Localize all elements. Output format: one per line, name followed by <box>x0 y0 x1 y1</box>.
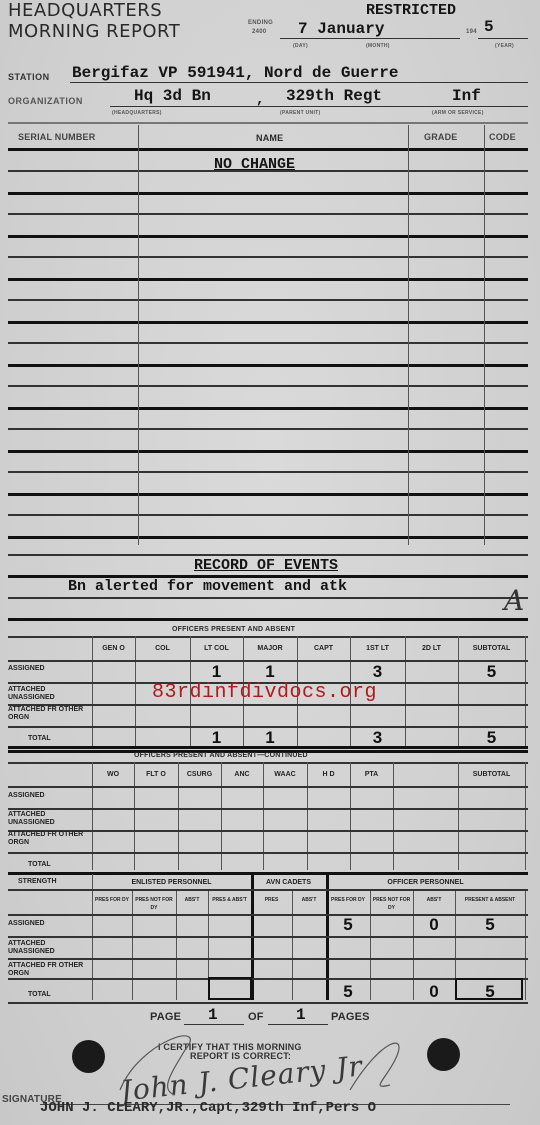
strength-row-line <box>8 958 528 960</box>
officers-col-header: MAJOR <box>243 645 297 653</box>
officers-cell-value: 1 <box>190 728 243 748</box>
officers-cell-value: 3 <box>350 728 405 748</box>
headquarters-caption: (HEADQUARTERS) <box>112 110 162 116</box>
row-label-1: ATTACHED UNASSIGNED <box>8 940 90 956</box>
report-date: 7 January <box>298 20 384 38</box>
record-of-events-title: RECORD OF EVENTS <box>194 557 338 574</box>
officers-cont-row-line <box>8 852 528 854</box>
station-value: Bergifaz VP 591941, Nord de Guerre <box>72 64 398 82</box>
officers-col-header: CAPT <box>297 645 350 653</box>
officers-col-header: COL <box>135 645 190 653</box>
officers-col-divider <box>525 636 526 748</box>
strength-group-header: ENLISTED PERSONNEL <box>92 879 251 887</box>
strength-row-line <box>8 936 528 938</box>
row-label-0: ASSIGNED <box>8 920 90 928</box>
strength-row-line <box>8 978 528 980</box>
row-label-0: ASSIGNED <box>8 665 90 673</box>
strength-col-header: PRES FOR DY <box>326 896 370 904</box>
roster-row-line <box>8 407 528 410</box>
roster-row-line <box>8 170 528 172</box>
officers-cont-col-header: WAAC <box>263 771 307 779</box>
year-caption: (YEAR) <box>495 43 514 49</box>
roster-row-line <box>8 192 528 195</box>
row-label-1: ATTACHED UNASSIGNED <box>8 811 90 827</box>
enlisted-total-box <box>208 977 252 1000</box>
officers-table-title: OFFICERS PRESENT AND ABSENT <box>172 626 295 633</box>
classification-stamp: RESTRICTED <box>366 2 456 19</box>
officers-cell-value: 3 <box>350 662 405 682</box>
strength-cell-value: 5 <box>326 915 370 935</box>
roster-row-line <box>8 213 528 215</box>
ending-time-label: 2400 <box>252 29 267 35</box>
officers-cont-col-header: WO <box>92 771 134 779</box>
strength-col-divider <box>176 890 177 1000</box>
officers-cell-value: 1 <box>243 662 297 682</box>
form-title-line1: HEADQUARTERS <box>8 1 162 21</box>
org-headquarters: Hq 3d Bn <box>134 87 211 105</box>
officers-cont-col-header: PTA <box>350 771 393 779</box>
row-label-3: TOTAL <box>28 861 110 869</box>
strength-col-header: PRES FOR DY <box>92 896 132 904</box>
ending-label: ENDING <box>248 20 273 26</box>
officers-col-header: GEN O <box>92 645 135 653</box>
row-label-0: ASSIGNED <box>8 792 90 800</box>
strength-col-header: ABS'T <box>292 896 326 904</box>
strength-col-header: ABS'T <box>176 896 208 904</box>
roster-row-line <box>8 321 528 324</box>
officers-cont-col-header: FLT O <box>134 771 178 779</box>
record-of-events-entry: Bn alerted for movement and atk <box>68 578 347 595</box>
strength-col-header: PRES & ABS'T <box>208 896 251 904</box>
parent-unit-caption: (PARENT UNIT) <box>280 110 320 116</box>
strength-col-header: ABS'T <box>413 896 455 904</box>
col-header-serial: SERIAL NUMBER <box>18 134 95 141</box>
officers-cont-col-header: CSURG <box>178 771 221 779</box>
row-label-2: ATTACHED FR OTHER ORGN <box>8 831 90 847</box>
officers-col-header: 1ST LT <box>350 645 405 653</box>
roster-row-line <box>8 536 528 539</box>
strength-cell-value: 5 <box>326 982 370 1002</box>
strength-col-header: PRES NOT FOR DY <box>132 896 176 912</box>
officers-cell-value: 1 <box>190 662 243 682</box>
col-header-name: NAME <box>256 135 283 142</box>
roster-row-line <box>8 256 528 258</box>
strength-cell-value: 0 <box>413 982 455 1002</box>
row-label-2: ATTACHED FR OTHER ORGN <box>8 962 90 978</box>
report-year: 5 <box>484 18 494 36</box>
officers-cont-col-header: ANC <box>221 771 263 779</box>
roster-row-line <box>8 342 528 344</box>
year-prefix: 194 <box>466 29 477 35</box>
row-label-2: ATTACHED FR OTHER ORGN <box>8 706 90 722</box>
signer-typed-name: JOHN J. CLEARY,JR.,Capt,329th Inf,Pers O <box>40 1100 376 1116</box>
arm-caption: (ARM OR SERVICE) <box>432 110 484 116</box>
officers-col-header: SUBTOTAL <box>458 645 525 653</box>
strength-col-header: PRES <box>251 896 292 904</box>
officers-col-header: LT COL <box>190 645 243 653</box>
officers-continued-title: OFFICERS PRESENT AND ABSENT—CONTINUED <box>134 752 308 759</box>
strength-cell-value: 5 <box>455 915 525 935</box>
strength-row-header: STRENGTH <box>18 878 57 886</box>
strength-col-divider <box>292 890 293 1000</box>
officers-cell-value: 5 <box>458 728 525 748</box>
org-parent-unit: 329th Regt <box>286 87 382 105</box>
binder-hole-right <box>427 1038 460 1071</box>
officers-cont-col-header: H D <box>307 771 350 779</box>
month-caption: (MONTH) <box>366 43 390 49</box>
strength-cell-value: 0 <box>413 915 455 935</box>
roster-row-line <box>8 471 528 473</box>
roster-row-line <box>8 364 528 367</box>
roster-row-line <box>8 428 528 430</box>
roster-row-line <box>8 385 528 387</box>
org-arm-of-service: Inf <box>452 87 481 105</box>
roster-row-line <box>8 514 528 516</box>
site-watermark: 83rdinfdivdocs.org <box>152 681 377 704</box>
officers-col-header: 2D LT <box>405 645 458 653</box>
officers-cell-value: 1 <box>243 728 297 748</box>
strength-group-header: AVN CADETS <box>251 879 326 887</box>
row-label-1: ATTACHED UNASSIGNED <box>8 686 90 702</box>
officer-total-box <box>455 978 523 1000</box>
organization-label: ORGANIZATION <box>8 96 83 106</box>
officers-cont-col-header: SUBTOTAL <box>458 771 525 779</box>
station-label: STATION <box>8 72 50 82</box>
roster-row-line <box>8 235 528 238</box>
roster-row-line <box>8 450 528 453</box>
roster-row-line <box>8 299 528 301</box>
row-label-3: TOTAL <box>28 991 110 999</box>
row-label-3: TOTAL <box>28 735 110 743</box>
strength-group-header: OFFICER PERSONNEL <box>326 879 525 887</box>
form-title-line2: MORNING REPORT <box>8 22 180 42</box>
signature-flourish-icon <box>100 1020 420 1100</box>
strength-group-line <box>8 889 528 891</box>
officers-cont-row-line <box>8 808 528 810</box>
day-caption: (DAY) <box>293 43 308 49</box>
roster-row-line <box>8 493 528 496</box>
initials-mark: A <box>504 584 524 617</box>
strength-col-header: PRESENT & ABSENT <box>455 896 525 904</box>
col-header-code: CODE <box>489 134 516 141</box>
roster-row-line <box>8 278 528 281</box>
col-header-grade: GRADE <box>424 134 458 141</box>
strength-col-divider <box>525 890 526 1000</box>
strength-col-header: PRES NOT FOR DY <box>370 896 413 912</box>
officers-cont-row-line <box>8 786 528 788</box>
officers-cell-value: 5 <box>458 662 525 682</box>
